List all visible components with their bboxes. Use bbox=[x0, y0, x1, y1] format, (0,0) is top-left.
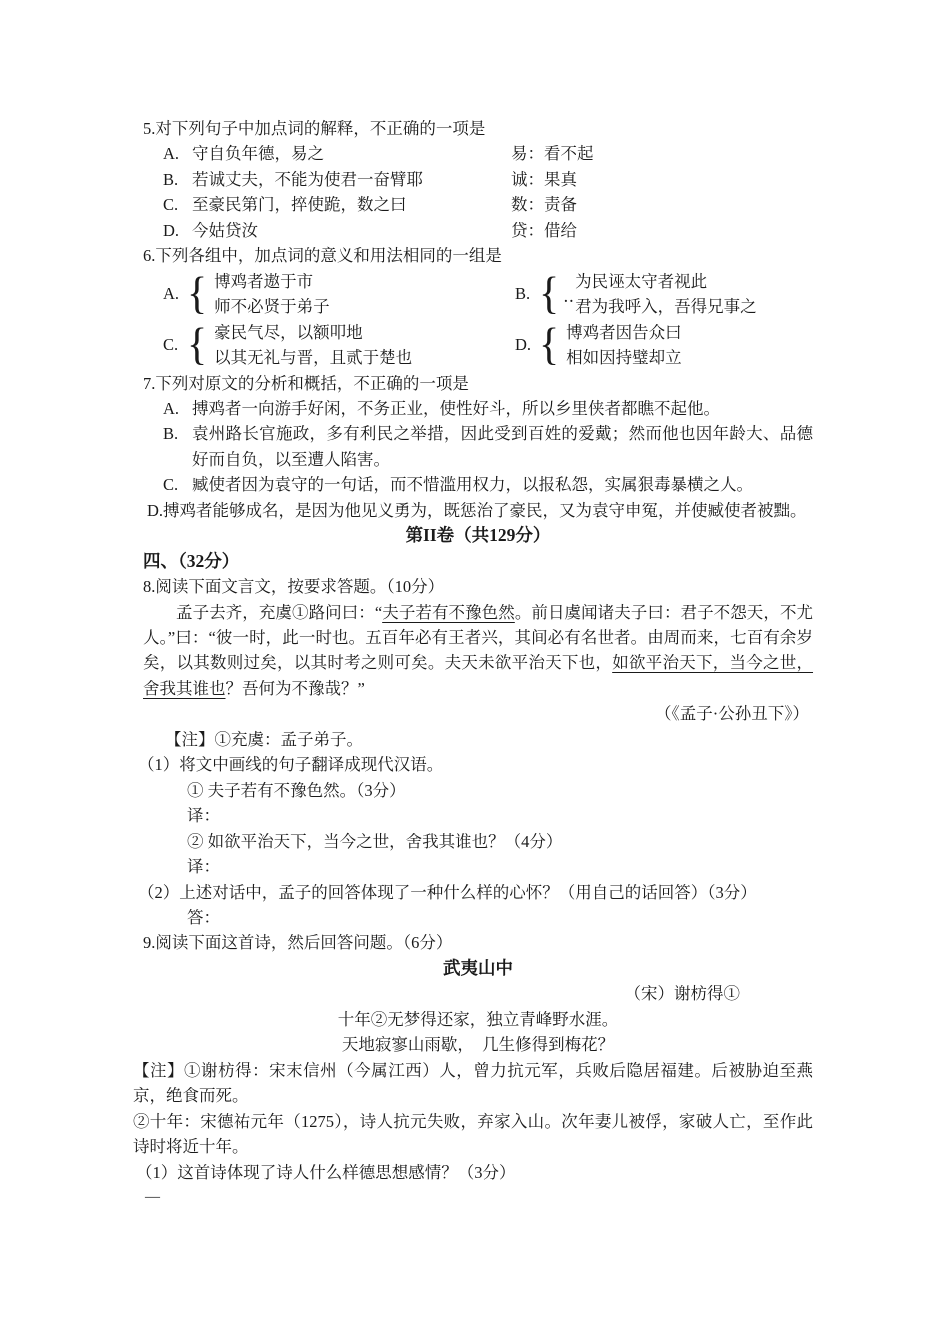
option-label: A. bbox=[163, 396, 179, 421]
question-6: 6.下列各组中，加点词的意义和用法相同的一组是 A.{ 博鸡者遨于市师不必贤于弟… bbox=[143, 243, 813, 370]
pair-lines: 为民诬太守者视此君为我呼入，吾得兄事之 bbox=[575, 269, 757, 320]
translation-label-2: 译： bbox=[143, 854, 813, 879]
passage-text: ？吾何为不豫哉？” bbox=[226, 679, 365, 698]
option-row: B.若诚丈夫，不能为使君一奋臂耶诚：果真 bbox=[143, 167, 813, 192]
option-pair-c: C.{ 豪民气尽，以额叩地以其无礼与晋，且贰于楚也 bbox=[143, 320, 495, 371]
exam-content: 5.对下列句子中加点词的解释，不正确的一项是 A.守自负年德，易之易：看不起 B… bbox=[143, 116, 813, 1210]
option-label: B. bbox=[163, 167, 178, 192]
pair-line-1: 博鸡者遨于市 bbox=[214, 272, 313, 291]
question-6-title: 6.下列各组中，加点词的意义和用法相同的一组是 bbox=[143, 243, 813, 268]
answer-label: 答： bbox=[143, 905, 813, 930]
option-text: 臧使者因为袁守的一句话，而不惜滥用权力，以报私怨，实属狠毒暴横之人。 bbox=[192, 475, 753, 494]
poem-author: （宋）谢枋得① bbox=[143, 981, 813, 1006]
option-text: 守自负年德，易之 bbox=[192, 144, 324, 163]
poem-note-2: ②十年：宋德祐元年（1275），诗人抗元失败，弃家入山。次年妻儿被俘，家破人亡，… bbox=[133, 1109, 813, 1160]
option-label: C. bbox=[163, 332, 187, 357]
option-label: C. bbox=[163, 472, 178, 497]
question-9-title: 9.阅读下面这首诗，然后回答问题。（6分） bbox=[143, 930, 813, 955]
pair-lines: 博鸡者因告众曰相如因持璧却立 bbox=[566, 320, 682, 371]
option-gloss: 诚：果真 bbox=[511, 167, 577, 192]
translate-instruction: （1）将文中画线的句子翻译成现代汉语。 bbox=[138, 752, 813, 777]
pair-line-2: 以其无礼与晋，且贰于楚也 bbox=[214, 348, 412, 367]
question-8: 8.阅读下面文言文，按要求答题。（10分） 孟子去齐，充虞①路问曰：“夫子若有不… bbox=[143, 574, 813, 930]
option-row: B.袁州路长官施政，多有利民之举措，因此受到百姓的爱戴；然而他也因年龄大、品德好… bbox=[143, 421, 813, 472]
exam-page: 5.对下列句子中加点词的解释，不正确的一项是 A.守自负年德，易之易：看不起 B… bbox=[0, 0, 950, 1344]
option-label: A. bbox=[163, 141, 179, 166]
option-row: C.臧使者因为袁守的一句话，而不惜滥用权力，以报私怨，实属狠毒暴横之人。 bbox=[143, 472, 813, 497]
pair-line-1: 豪民气尽，以额叩地 bbox=[214, 323, 363, 342]
poem-note-1: 【注】①谢枋得：宋末信州（今属江西）人，曾力抗元军，兵败后隐居福建。后被胁迫至燕… bbox=[133, 1058, 813, 1109]
translation-label-1: 译： bbox=[143, 803, 813, 828]
option-label: D. bbox=[515, 332, 539, 357]
question-8-sub-2: （2）上述对话中，孟子的回答体现了一种什么样的心怀？（用自己的话回答）（3分） bbox=[138, 880, 813, 905]
question-7-title: 7.下列对原文的分析和概括，不正确的一项是 bbox=[143, 371, 813, 396]
classical-passage: 孟子去齐，充虞①路问曰：“夫子若有不豫色然。前日虞闻诸夫子曰：君子不怨天，不尤人… bbox=[143, 600, 813, 702]
option-label: D. bbox=[147, 501, 163, 520]
option-text: 若诚丈夫，不能为使君一奋臂耶 bbox=[192, 170, 423, 189]
option-row: D.搏鸡者能够成名，是因为他见义勇为，既惩治了豪民，又为袁守申冤，并使臧使者被黜… bbox=[133, 498, 813, 523]
part-four-header: 四、（32分） bbox=[143, 549, 813, 574]
poem-line-2: 天地寂寥山雨歇， 几生修得到梅花？ bbox=[143, 1032, 813, 1057]
option-gloss: 贷：借给 bbox=[511, 218, 577, 243]
option-pair-grid: A.{ 博鸡者遨于市师不必贤于弟子 B.{‥ 为民诬太守者视此君为我呼入，吾得兄… bbox=[143, 269, 813, 371]
question-5: 5.对下列句子中加点词的解释，不正确的一项是 A.守自负年德，易之易：看不起 B… bbox=[143, 116, 813, 243]
brace-glyph: { bbox=[539, 269, 559, 319]
underlined-phrase: 夫子若有不豫色然 bbox=[382, 603, 515, 622]
pair-line-1: 为民诬太守者视此 bbox=[575, 272, 707, 291]
pair-line-2: 师不必贤于弟子 bbox=[214, 297, 330, 316]
brace-glyph: { bbox=[187, 269, 207, 319]
option-pair-a: A.{ 博鸡者遨于市师不必贤于弟子 bbox=[143, 269, 495, 320]
option-label: C. bbox=[163, 192, 178, 217]
pair-line-2: 君为我呼入，吾得兄事之 bbox=[575, 297, 757, 316]
question-5-title: 5.对下列句子中加点词的解释，不正确的一项是 bbox=[143, 116, 813, 141]
option-text: 搏鸡者一向游手好闲，不务正业，使性好斗，所以乡里侠者都瞧不起他。 bbox=[192, 399, 720, 418]
question-7: 7.下列对原文的分析和概括，不正确的一项是 A.搏鸡者一向游手好闲，不务正业，使… bbox=[143, 371, 813, 524]
emphasis-dots: ‥ bbox=[563, 284, 575, 309]
option-text: 搏鸡者能够成名，是因为他见义勇为，既惩治了豪民，又为袁守申冤，并使臧使者被黜。 bbox=[163, 501, 807, 520]
passage-note: 【注】①充虞：孟子弟子。 bbox=[143, 727, 813, 752]
option-row: C.至豪民第门，捽使跪，数之曰数：责备 bbox=[143, 192, 813, 217]
passage-source: （《孟子·公孙丑下》） bbox=[143, 701, 813, 726]
option-gloss: 数：责备 bbox=[511, 192, 577, 217]
option-row: A.搏鸡者一向游手好闲，不务正业，使性好斗，所以乡里侠者都瞧不起他。 bbox=[143, 396, 813, 421]
passage-text: 孟子去齐，充虞①路问曰：“ bbox=[176, 603, 382, 622]
poem-line-1: 十年②无梦得还家，独立青峰野水涯。 bbox=[143, 1007, 813, 1032]
pair-line-1: 博鸡者因告众曰 bbox=[566, 323, 682, 342]
option-pair-d: D.{ 博鸡者因告众曰相如因持璧却立 bbox=[495, 320, 813, 371]
poem-title: 武夷山中 bbox=[143, 956, 813, 981]
option-label: B. bbox=[515, 281, 539, 306]
pair-line-2: 相如因持璧却立 bbox=[566, 348, 682, 367]
brace-glyph: { bbox=[187, 320, 207, 370]
option-gloss: 易：看不起 bbox=[511, 141, 594, 166]
question-9-sub-1: （1）这首诗体现了诗人什么样德思想感情？（3分） bbox=[136, 1160, 813, 1185]
translate-item-2: ② 如欲平治天下，当今之世，舍我其谁也？（4分） bbox=[143, 829, 813, 854]
option-row: A.守自负年德，易之易：看不起 bbox=[143, 141, 813, 166]
brace-glyph: { bbox=[539, 320, 559, 370]
option-text: 至豪民第门，捽使跪，数之曰 bbox=[192, 195, 407, 214]
section-ii-header: 第II卷（共129分） bbox=[143, 523, 813, 548]
option-text: 今姑贷汝 bbox=[192, 221, 258, 240]
translate-item-1: ① 夫子若有不豫色然。（3分） bbox=[143, 778, 813, 803]
stray-dash: — bbox=[145, 1185, 813, 1210]
pair-lines: 豪民气尽，以额叩地以其无礼与晋，且贰于楚也 bbox=[214, 320, 412, 371]
question-8-title: 8.阅读下面文言文，按要求答题。（10分） bbox=[143, 574, 813, 599]
option-label: B. bbox=[163, 421, 178, 446]
option-text: 袁州路长官施政，多有利民之举措，因此受到百姓的爱戴；然而他也因年龄大、品德好而自… bbox=[192, 424, 813, 468]
option-pair-b: B.{‥ 为民诬太守者视此君为我呼入，吾得兄事之 bbox=[495, 269, 813, 320]
question-9: 9.阅读下面这首诗，然后回答问题。（6分） 武夷山中 （宋）谢枋得① 十年②无梦… bbox=[143, 930, 813, 1210]
pair-lines: 博鸡者遨于市师不必贤于弟子 bbox=[214, 269, 330, 320]
option-row: D.今姑贷汝贷：借给 bbox=[143, 218, 813, 243]
option-label: D. bbox=[163, 218, 179, 243]
option-label: A. bbox=[163, 281, 187, 306]
